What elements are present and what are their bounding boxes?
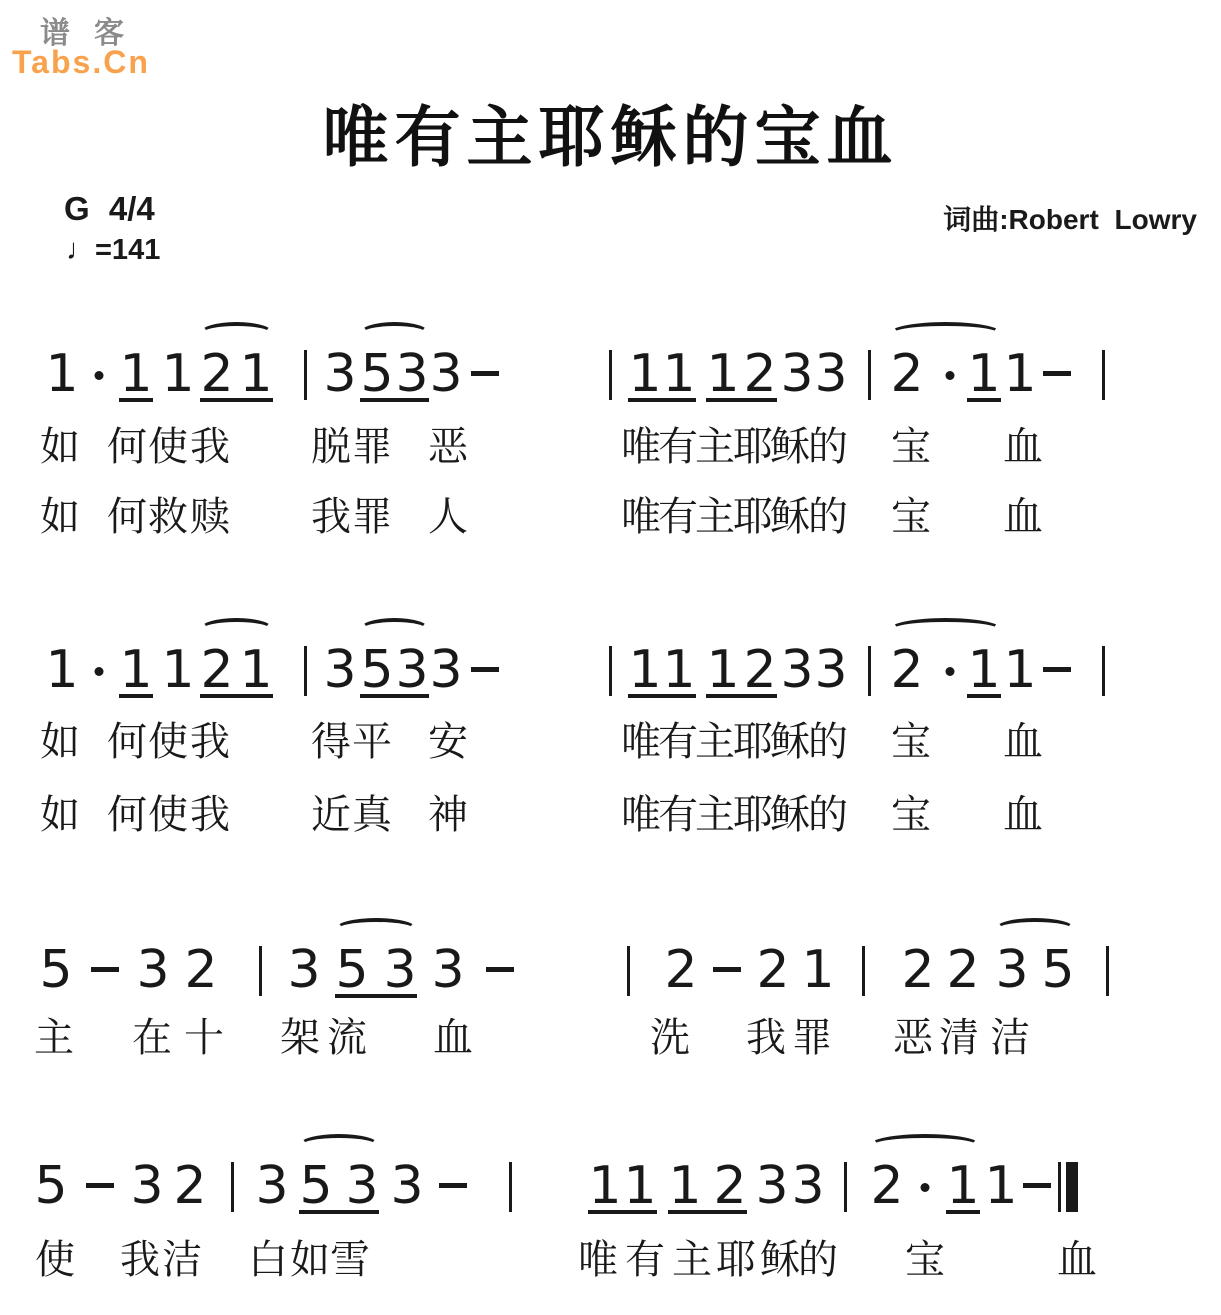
barline	[509, 1162, 512, 1212]
slur-arc	[870, 1134, 980, 1156]
lyric-char: 雪	[330, 1240, 370, 1280]
eighth-beam-line	[299, 1210, 379, 1214]
note-digit: 3	[791, 1160, 824, 1212]
note-digit: 3	[130, 1160, 163, 1212]
note-digit: 1	[588, 1160, 621, 1212]
final-barline-thin	[1058, 1162, 1061, 1212]
note-digit: 1	[623, 1160, 656, 1212]
duration-dash	[1023, 1183, 1051, 1188]
note-digit: 2	[173, 1160, 206, 1212]
system-4: 5323533111233211使我洁白如雪唯有主耶稣的宝血	[0, 0, 1221, 1315]
note-digit: 2	[870, 1160, 903, 1212]
lyric-char: 血	[1057, 1240, 1097, 1280]
lyric-char: 白	[248, 1240, 288, 1280]
note-digit: 1	[668, 1160, 701, 1212]
note-digit: 2	[713, 1160, 746, 1212]
note-digit: 1	[984, 1160, 1017, 1212]
note-digit: 3	[345, 1160, 378, 1212]
score-area: 111213533111233211如何使我脱罪恶唯有主耶稣的宝血如何救赎我罪人…	[0, 0, 1221, 1315]
lyric-char: 如	[290, 1240, 330, 1280]
lyric-char: 唯	[578, 1240, 618, 1280]
final-barline-thick	[1066, 1162, 1078, 1212]
eighth-beam-line	[946, 1210, 980, 1214]
duration-dash	[86, 1183, 114, 1188]
lyric-char: 的	[798, 1240, 838, 1280]
note-digit: 5	[299, 1160, 332, 1212]
lyric-char: 有	[625, 1240, 665, 1280]
lyric-char: 使	[35, 1240, 75, 1280]
lyric-char: 宝	[905, 1240, 945, 1280]
note-digit: 1	[946, 1160, 979, 1212]
lyric-char: 稣	[760, 1240, 800, 1280]
lyric-char: 我	[120, 1240, 160, 1280]
lyric-char: 洁	[162, 1240, 202, 1280]
slur-arc	[299, 1134, 379, 1156]
barline	[231, 1162, 234, 1212]
lyric-char: 耶	[716, 1240, 756, 1280]
lyric-char: 主	[672, 1240, 712, 1280]
eighth-beam-line	[588, 1210, 657, 1214]
sheet-music-page: 谱客 Tabs.Cn 唯有主耶稣的宝血 G 4/4 ♩=141 词曲:Rober…	[0, 0, 1221, 1315]
barline	[844, 1162, 847, 1212]
duration-dash	[439, 1183, 467, 1188]
note-digit: 3	[755, 1160, 788, 1212]
note-digit: 5	[34, 1160, 67, 1212]
final-barline	[1058, 1162, 1080, 1212]
augmentation-dot	[921, 1183, 930, 1192]
eighth-beam-line	[668, 1210, 747, 1214]
note-digit: 3	[390, 1160, 423, 1212]
note-digit: 3	[255, 1160, 288, 1212]
